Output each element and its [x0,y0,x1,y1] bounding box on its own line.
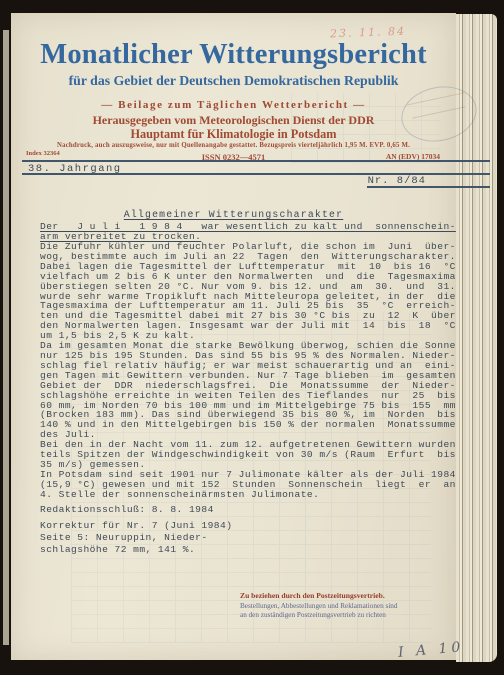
masthead-title: Monatlicher Witterungsbericht [11,39,456,71]
distribution-title: Zu beziehen durch den Postzeitungsvertri… [240,591,385,600]
correction-note: Korrektur für Nr. 7 (Juni 1984) Seite 5:… [40,520,232,556]
bulletin-page: 23. 11. 84 Monatlicher Witterungsbericht… [11,13,456,660]
body-text: Die Zufuhr kühler und feuchter Polarluft… [40,242,456,500]
left-page-spine-edge [3,30,9,645]
lead-sentence: Der J u l i 1 9 8 4 war wesentlich zu ka… [40,222,456,242]
section-heading: Allgemeiner Witterungscharakter [11,209,456,220]
header-rule-middle [22,173,490,175]
editorial-deadline: Redaktionsschluß: 8. 8. 1984 [40,505,214,515]
reprint-notice: Nachdruck, auch auszugsweise, nur mit Qu… [11,142,456,149]
publisher-line: Herausgegeben vom Meteorologischen Diens… [11,113,456,128]
masthead-subtitle: für das Gebiet der Deutschen Demokratisc… [11,73,456,89]
institute-line: Hauptamt für Klimatologie in Potsdam [11,127,456,142]
scanned-bulletin-photo: 23. 11. 84 Monatlicher Witterungsbericht… [0,0,504,675]
handwritten-date: 23. 11. 84 [330,25,406,41]
header-rule-top [22,160,490,162]
header-rule-bottom [367,186,490,188]
supplement-line: — Beilage zum Täglichen Wetterbericht — [11,99,456,111]
distribution-note: Bestellungen, Abbestellungen und Reklama… [240,602,398,619]
